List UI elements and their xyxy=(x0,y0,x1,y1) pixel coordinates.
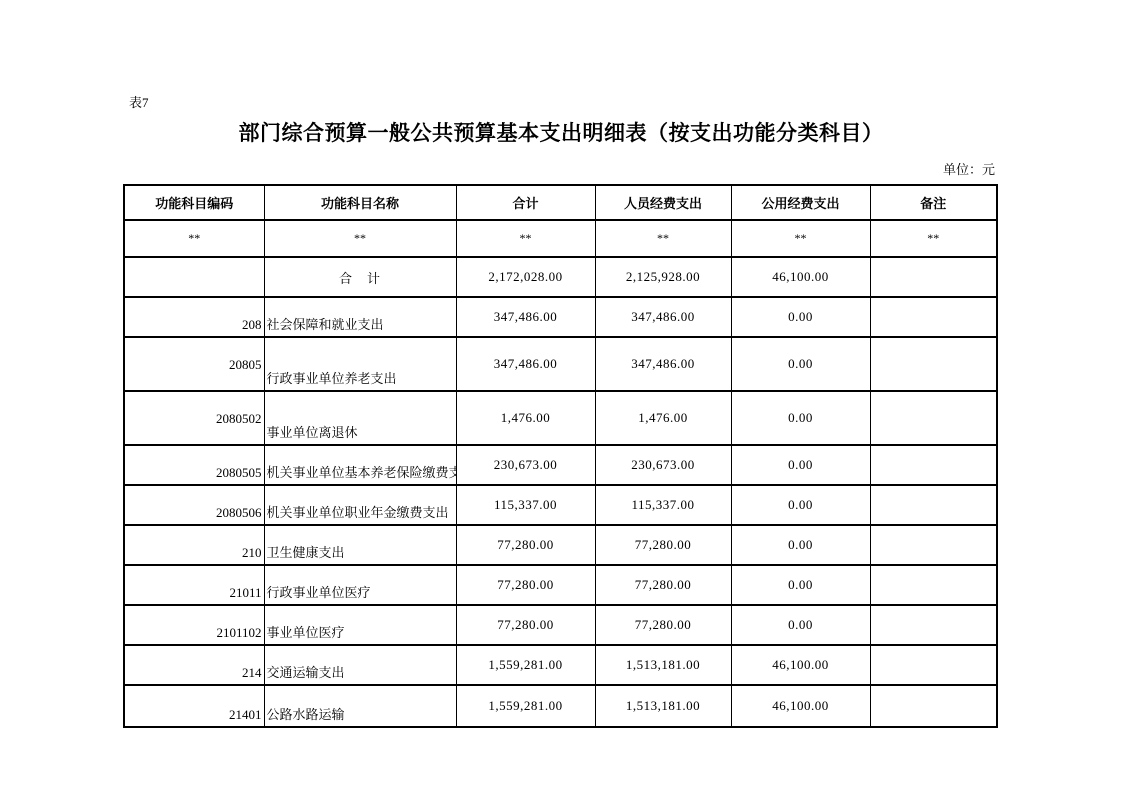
code-cell: 2080505 xyxy=(124,445,264,485)
public-amount-cell: 0.00 xyxy=(731,485,870,525)
code-cell: 214 xyxy=(124,645,264,685)
remark-cell xyxy=(870,645,997,685)
total-amount-cell: 347,486.00 xyxy=(456,337,595,391)
table-row: 21401公路水路运输1,559,281.001,513,181.0046,10… xyxy=(124,685,997,727)
personnel-amount-cell: 1,513,181.00 xyxy=(595,685,731,727)
code-cell: 2101102 xyxy=(124,605,264,645)
header-row: 功能科目编码功能科目名称合计人员经费支出公用经费支出备注 xyxy=(124,185,997,220)
name-cell: 行政事业单位养老支出 xyxy=(264,337,456,391)
total-amount-cell: 115,337.00 xyxy=(456,485,595,525)
public-amount-cell: 0.00 xyxy=(731,297,870,337)
code-cell: 208 xyxy=(124,297,264,337)
code-cell: 210 xyxy=(124,525,264,565)
name-cell: 机关事业单位基本养老保险缴费支出 xyxy=(264,445,456,485)
public-amount-cell: 46,100.00 xyxy=(731,685,870,727)
code-cell: 2080502 xyxy=(124,391,264,445)
mask-cell: ** xyxy=(731,220,870,257)
personnel-amount-cell: 1,476.00 xyxy=(595,391,731,445)
total-label-cell: 合 计 xyxy=(264,257,456,297)
table-row: 208社会保障和就业支出347,486.00347,486.000.00 xyxy=(124,297,997,337)
public-amount-cell: 0.00 xyxy=(731,337,870,391)
code-cell xyxy=(124,257,264,297)
personnel-amount-cell: 2,125,928.00 xyxy=(595,257,731,297)
budget-table: 功能科目编码功能科目名称合计人员经费支出公用经费支出备注************… xyxy=(123,184,998,728)
remark-cell xyxy=(870,445,997,485)
header-cell: 备注 xyxy=(870,185,997,220)
personnel-amount-cell: 230,673.00 xyxy=(595,445,731,485)
unit-note: 单位：元 xyxy=(943,162,995,178)
code-cell: 21011 xyxy=(124,565,264,605)
name-cell: 社会保障和就业支出 xyxy=(264,297,456,337)
name-cell: 交通运输支出 xyxy=(264,645,456,685)
public-amount-cell: 46,100.00 xyxy=(731,257,870,297)
document-page: 表7 部门综合预算一般公共预算基本支出明细表（按支出功能分类科目） 单位：元 功… xyxy=(0,0,1122,793)
personnel-amount-cell: 77,280.00 xyxy=(595,565,731,605)
remark-cell xyxy=(870,565,997,605)
name-cell: 事业单位离退休 xyxy=(264,391,456,445)
mask-cell: ** xyxy=(264,220,456,257)
remark-cell xyxy=(870,297,997,337)
public-amount-cell: 0.00 xyxy=(731,445,870,485)
mask-row: ************ xyxy=(124,220,997,257)
remark-cell xyxy=(870,337,997,391)
table-row: 2080505机关事业单位基本养老保险缴费支出230,673.00230,673… xyxy=(124,445,997,485)
personnel-amount-cell: 77,280.00 xyxy=(595,605,731,645)
total-amount-cell: 77,280.00 xyxy=(456,565,595,605)
personnel-amount-cell: 1,513,181.00 xyxy=(595,645,731,685)
total-row: 合 计2,172,028.002,125,928.0046,100.00 xyxy=(124,257,997,297)
remark-cell xyxy=(870,485,997,525)
public-amount-cell: 0.00 xyxy=(731,565,870,605)
header-cell: 功能科目名称 xyxy=(264,185,456,220)
name-cell: 行政事业单位医疗 xyxy=(264,565,456,605)
total-amount-cell: 1,559,281.00 xyxy=(456,645,595,685)
personnel-amount-cell: 115,337.00 xyxy=(595,485,731,525)
total-amount-cell: 1,476.00 xyxy=(456,391,595,445)
total-amount-cell: 77,280.00 xyxy=(456,525,595,565)
total-amount-cell: 230,673.00 xyxy=(456,445,595,485)
mask-cell: ** xyxy=(124,220,264,257)
table-row: 214交通运输支出1,559,281.001,513,181.0046,100.… xyxy=(124,645,997,685)
public-amount-cell: 0.00 xyxy=(731,525,870,565)
header-cell: 公用经费支出 xyxy=(731,185,870,220)
public-amount-cell: 0.00 xyxy=(731,391,870,445)
total-amount-cell: 2,172,028.00 xyxy=(456,257,595,297)
remark-cell xyxy=(870,605,997,645)
personnel-amount-cell: 77,280.00 xyxy=(595,525,731,565)
header-cell: 功能科目编码 xyxy=(124,185,264,220)
name-cell: 公路水路运输 xyxy=(264,685,456,727)
mask-cell: ** xyxy=(456,220,595,257)
table-row: 21011行政事业单位医疗77,280.0077,280.000.00 xyxy=(124,565,997,605)
total-amount-cell: 347,486.00 xyxy=(456,297,595,337)
remark-cell xyxy=(870,391,997,445)
remark-cell xyxy=(870,257,997,297)
public-amount-cell: 0.00 xyxy=(731,605,870,645)
personnel-amount-cell: 347,486.00 xyxy=(595,337,731,391)
table-row: 20805行政事业单位养老支出347,486.00347,486.000.00 xyxy=(124,337,997,391)
remark-cell xyxy=(870,525,997,565)
code-cell: 2080506 xyxy=(124,485,264,525)
name-cell: 机关事业单位职业年金缴费支出 xyxy=(264,485,456,525)
remark-cell xyxy=(870,685,997,727)
header-cell: 人员经费支出 xyxy=(595,185,731,220)
public-amount-cell: 46,100.00 xyxy=(731,645,870,685)
mask-cell: ** xyxy=(870,220,997,257)
table-row: 2080502事业单位离退休1,476.001,476.000.00 xyxy=(124,391,997,445)
table-row: 2080506机关事业单位职业年金缴费支出115,337.00115,337.0… xyxy=(124,485,997,525)
table-row: 210卫生健康支出77,280.0077,280.000.00 xyxy=(124,525,997,565)
total-amount-cell: 1,559,281.00 xyxy=(456,685,595,727)
page-title: 部门综合预算一般公共预算基本支出明细表（按支出功能分类科目） xyxy=(0,121,1122,147)
mask-cell: ** xyxy=(595,220,731,257)
code-cell: 20805 xyxy=(124,337,264,391)
personnel-amount-cell: 347,486.00 xyxy=(595,297,731,337)
name-cell: 事业单位医疗 xyxy=(264,605,456,645)
name-cell: 卫生健康支出 xyxy=(264,525,456,565)
total-amount-cell: 77,280.00 xyxy=(456,605,595,645)
header-cell: 合计 xyxy=(456,185,595,220)
sheet-label: 表7 xyxy=(129,95,149,111)
table-row: 2101102事业单位医疗77,280.0077,280.000.00 xyxy=(124,605,997,645)
code-cell: 21401 xyxy=(124,685,264,727)
